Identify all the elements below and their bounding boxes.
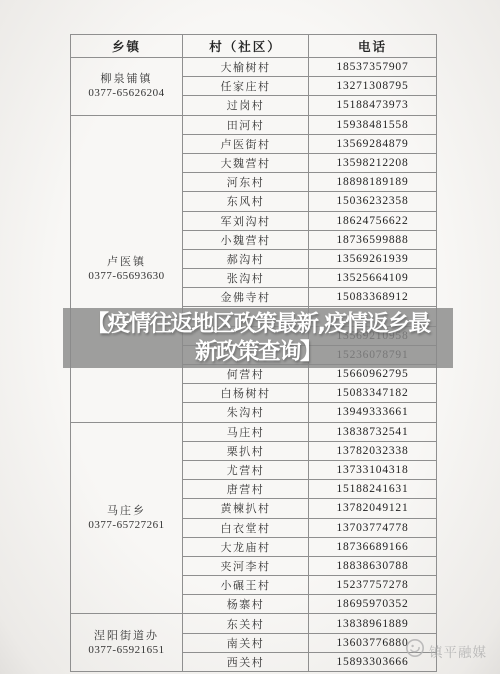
phone-cell: 18838630788: [309, 556, 437, 575]
phone-cell: 18624756622: [309, 211, 437, 230]
township-cell: 柳泉铺镇0377-65626204: [71, 58, 183, 116]
village-cell: 白杨树村: [183, 384, 309, 403]
village-cell: 东关村: [183, 614, 309, 633]
township-phone: 0377-65626204: [71, 86, 182, 100]
table-row: 涅阳街道办0377-65921651东关村13838961889: [71, 614, 437, 633]
village-cell: 西关村: [183, 652, 309, 671]
column-header-village: 村（社区）: [183, 35, 309, 58]
township-phone: 0377-65727261: [71, 518, 182, 532]
header-row: 乡镇 村（社区） 电话: [71, 35, 437, 58]
township-name: 卢医镇: [71, 255, 182, 269]
village-cell: 南关村: [183, 633, 309, 652]
phone-cell: 15036232358: [309, 192, 437, 211]
village-cell: 任家庄村: [183, 77, 309, 96]
phone-cell: 15188473973: [309, 96, 437, 115]
phone-cell: 15237757278: [309, 576, 437, 595]
media-logo-icon: [404, 637, 426, 664]
phone-cell: 15083368912: [309, 288, 437, 307]
phone-cell: 13782032338: [309, 441, 437, 460]
village-cell: 田河村: [183, 115, 309, 134]
caption-line-2: 新政策查询】: [195, 338, 321, 366]
village-cell: 白衣堂村: [183, 518, 309, 537]
village-cell: 黄楝扒村: [183, 499, 309, 518]
township-phone: 0377-65921651: [71, 643, 182, 657]
village-cell: 金佛寺村: [183, 288, 309, 307]
phone-cell: 15188241631: [309, 480, 437, 499]
village-cell: 大龙庙村: [183, 537, 309, 556]
village-cell: 河东村: [183, 173, 309, 192]
phone-cell: 13569261939: [309, 249, 437, 268]
phone-cell: 13733104318: [309, 460, 437, 479]
phone-cell: 13569284879: [309, 134, 437, 153]
table-row: 马庄乡0377-65727261马庄村13838732541: [71, 422, 437, 441]
phone-cell: 18898189189: [309, 173, 437, 192]
village-cell: 尤营村: [183, 460, 309, 479]
village-cell: 小魏营村: [183, 230, 309, 249]
village-cell: 朱沟村: [183, 403, 309, 422]
phone-cell: 15938481558: [309, 115, 437, 134]
column-header-phone: 电话: [309, 35, 437, 58]
table-row: 柳泉铺镇0377-65626204大榆树村18537357907: [71, 58, 437, 77]
phone-cell: 18695970352: [309, 595, 437, 614]
caption-line-1: 【疫情往返地区政策最新,疫情返乡最: [86, 310, 429, 338]
page-background: 乡镇 村（社区） 电话 柳泉铺镇0377-65626204大榆树村1853735…: [0, 0, 500, 674]
phone-cell: 13782049121: [309, 499, 437, 518]
township-name: 涅阳街道办: [71, 629, 182, 643]
township-cell: 马庄乡0377-65727261: [71, 422, 183, 614]
phone-cell: 13838961889: [309, 614, 437, 633]
township-phone: 0377-65693630: [71, 269, 182, 283]
table-row: 卢医镇0377-65693630田河村15938481558: [71, 115, 437, 134]
directory-table-header: 乡镇 村（社区） 电话: [71, 35, 437, 58]
phone-cell: 13838732541: [309, 422, 437, 441]
phone-cell: 13598212208: [309, 153, 437, 172]
village-cell: 马庄村: [183, 422, 309, 441]
village-cell: 杨寨村: [183, 595, 309, 614]
village-cell: 大榆树村: [183, 58, 309, 77]
phone-cell: 13271308795: [309, 77, 437, 96]
phone-cell: 13703774778: [309, 518, 437, 537]
column-header-township: 乡镇: [71, 35, 183, 58]
township-cell: 涅阳街道办0377-65921651: [71, 614, 183, 672]
village-cell: 东风村: [183, 192, 309, 211]
township-name: 马庄乡: [71, 504, 182, 518]
township-cell: 卢医镇0377-65693630: [71, 115, 183, 422]
caption-overlay: 【疫情往返地区政策最新,疫情返乡最 新政策查询】: [63, 308, 453, 368]
phone-cell: 18736599888: [309, 230, 437, 249]
phone-cell: 15083347182: [309, 384, 437, 403]
watermark: 镇平融媒: [404, 637, 487, 664]
phone-cell: 13525664109: [309, 269, 437, 288]
village-cell: 军刘沟村: [183, 211, 309, 230]
village-cell: 唐营村: [183, 480, 309, 499]
watermark-label: 镇平融媒: [429, 641, 487, 661]
village-cell: 夹河李村: [183, 556, 309, 575]
township-name: 柳泉铺镇: [71, 72, 182, 86]
village-cell: 栗扒村: [183, 441, 309, 460]
village-cell: 小碾王村: [183, 576, 309, 595]
village-cell: 张沟村: [183, 269, 309, 288]
phone-cell: 18537357907: [309, 58, 437, 77]
phone-cell: 13949333661: [309, 403, 437, 422]
village-cell: 郝沟村: [183, 249, 309, 268]
phone-cell: 18736689166: [309, 537, 437, 556]
village-cell: 卢医街村: [183, 134, 309, 153]
village-cell: 大魏营村: [183, 153, 309, 172]
village-cell: 过岗村: [183, 96, 309, 115]
